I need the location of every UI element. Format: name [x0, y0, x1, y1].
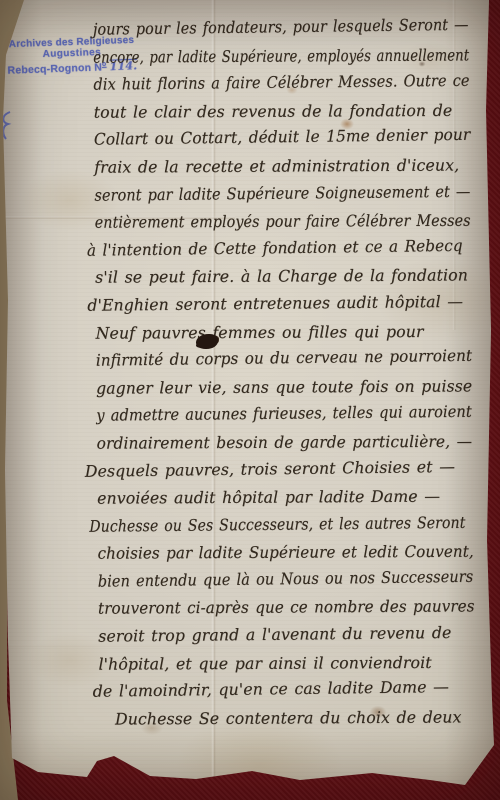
manuscript-line: seroit trop grand a l'avenant du revenu …: [98, 623, 474, 655]
manuscript-line: Collart ou Cottart, déduit le 15me denie…: [94, 125, 462, 157]
manuscript-line: s'il se peut faire. à la Charge de la fo…: [95, 266, 471, 296]
photograph: Archives des Religieuses Augustines Rebe…: [0, 0, 500, 800]
stamp-line-3-text: Rebecq-Rognon N: [7, 61, 102, 76]
manuscript-line: envoiées audit hôpital par ladite Dame —: [97, 486, 473, 516]
manuscript-line: y admettre aucunes furieuses, telles qui…: [96, 402, 444, 433]
manuscript-line: à l'intention de Cette fondation et ce a…: [87, 236, 451, 268]
manuscript-line: fraix de la recette et administration d'…: [94, 155, 470, 185]
manuscript-line: d'Enghien seront entretenues audit hôpit…: [87, 292, 462, 324]
manuscript-line: Duchesse Se contentera du choix de deux: [115, 707, 491, 737]
manuscript-line: encore, par ladite Supérieure, employés …: [93, 45, 409, 75]
manuscript-line: dix huit florins a faire Célébrer Messes…: [93, 71, 439, 102]
manuscript-line: Duchesse ou Ses Successeurs, et les autr…: [89, 513, 425, 544]
manuscript-line: de l'amoindrir, qu'en ce cas ladite Dame…: [93, 677, 469, 710]
manuscript-line: bien entendu que là ou Nous ou nos Succe…: [98, 567, 444, 599]
manuscript-line: seront par ladite Supérieure Soigneuseme…: [94, 182, 439, 213]
manuscript-line: Desquels pauvres, trois seront Choisies …: [85, 456, 461, 489]
manuscript-line: infirmité du corps ou du cerveau ne pour…: [96, 346, 458, 378]
manuscript-line: jours pour les fondateurs, pour lesquels…: [93, 15, 435, 47]
manuscript-line: trouveront ci-après que ce nombre des pa…: [98, 597, 459, 627]
manuscript-text: jours pour les fondateurs, pour lesquels…: [93, 16, 481, 737]
manuscript-page: Archives des Religieuses Augustines Rebe…: [0, 0, 500, 800]
